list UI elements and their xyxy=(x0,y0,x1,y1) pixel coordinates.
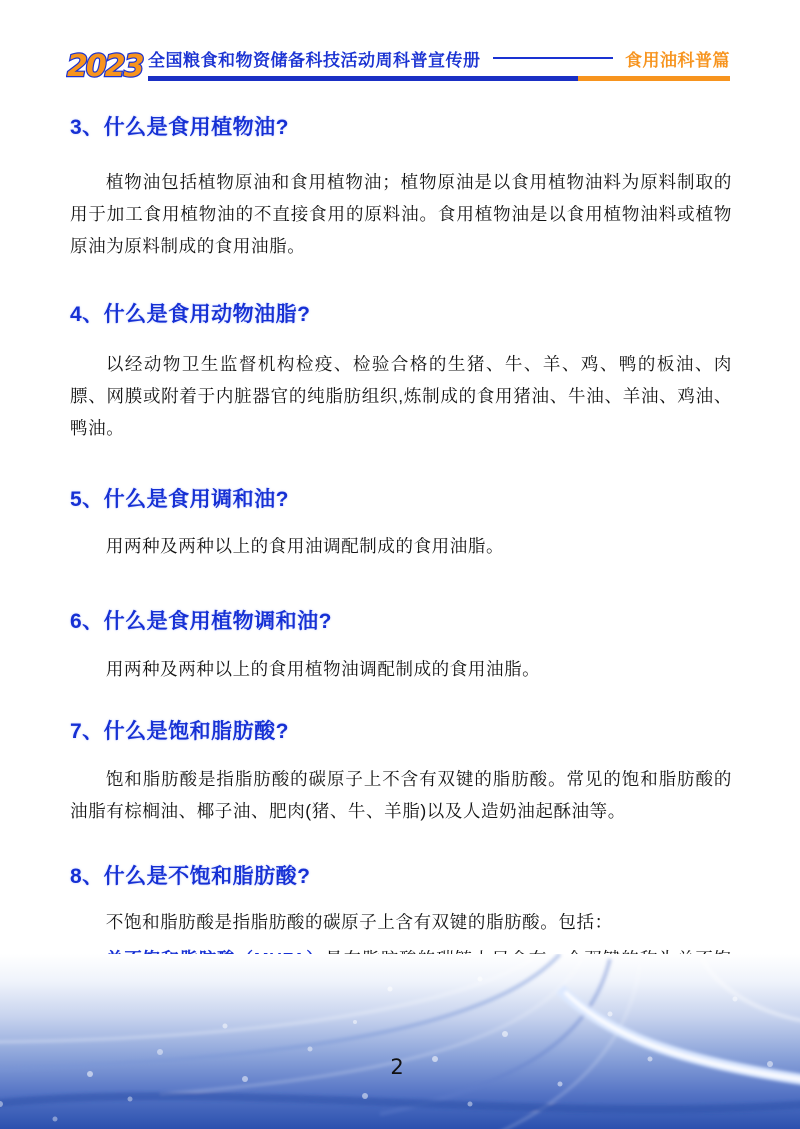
section-heading: 8、什么是不饱和脂肪酸? xyxy=(70,863,732,891)
booklet-title: 全国粮食和物资储备科技活动周科普宣传册 xyxy=(148,46,481,71)
section-4: 4、什么是食用动物油脂? 以经动物卫生监督机构检疫、检验合格的生猪、牛、羊、鸡、… xyxy=(70,301,732,444)
section-6: 6、什么是食用植物调和油? 用两种及两种以上的食用植物油调配制成的食用油脂。 xyxy=(70,608,732,685)
section-heading: 3、什么是食用植物油? xyxy=(70,114,732,142)
section-paragraph: 用两种及两种以上的食用油调配制成的食用油脂。 xyxy=(70,530,732,562)
section-5: 5、什么是食用调和油? 用两种及两种以上的食用油调配制成的食用油脂。 xyxy=(70,486,732,562)
page-header: 2023 全国粮食和物资储备科技活动周科普宣传册 食用油科普篇 xyxy=(66,40,730,86)
header-underline-bars xyxy=(148,76,730,81)
header-rule-line xyxy=(493,57,614,59)
section-heading: 4、什么是食用动物油脂? xyxy=(70,301,732,329)
section-paragraph: 不饱和脂肪酸是指脂肪酸的碳原子上含有双键的脂肪酸。包括： xyxy=(70,906,732,938)
page-number: 2 xyxy=(0,1055,794,1079)
footer-wave-decoration xyxy=(0,954,800,1129)
section-paragraph: 以经动物卫生监督机构检疫、检验合格的生猪、牛、羊、鸡、鸭的板油、肉膘、网膜或附着… xyxy=(70,348,732,444)
header-right: 全国粮食和物资储备科技活动周科普宣传册 食用油科普篇 xyxy=(148,46,730,81)
section-heading: 7、什么是饱和脂肪酸? xyxy=(70,718,732,746)
section-heading: 6、什么是食用植物调和油? xyxy=(70,608,732,636)
section-7: 7、什么是饱和脂肪酸? 饱和脂肪酸是指脂肪酸的碳原子上不含有双键的脂肪酸。常见的… xyxy=(70,718,732,827)
year-2023-text: 2023 xyxy=(67,49,144,84)
booklet-page: 2023 全国粮食和物资储备科技活动周科普宣传册 食用油科普篇 3、什么是食用植… xyxy=(0,0,800,1129)
section-paragraph: 用两种及两种以上的食用植物油调配制成的食用油脂。 xyxy=(70,653,732,685)
year-2023-logo: 2023 xyxy=(66,40,144,86)
section-heading: 5、什么是食用调和油? xyxy=(70,486,732,514)
section-paragraph: 植物油包括植物原油和食用植物油；植物原油是以食用植物油料为原料制取的用于加工食用… xyxy=(70,166,732,262)
section-3: 3、什么是食用植物油? 植物油包括植物原油和食用植物油；植物原油是以食用植物油料… xyxy=(70,114,732,262)
page-content: 3、什么是食用植物油? 植物油包括植物原油和食用植物油；植物原油是以食用植物油料… xyxy=(0,114,800,1007)
header-title-row: 全国粮食和物资储备科技活动周科普宣传册 食用油科普篇 xyxy=(148,46,730,71)
edition-label: 食用油科普篇 xyxy=(625,46,730,71)
section-paragraph: 饱和脂肪酸是指脂肪酸的碳原子上不含有双键的脂肪酸。常见的饱和脂肪酸的油脂有棕榈油… xyxy=(70,763,732,827)
header-bar-blue xyxy=(148,76,578,81)
header-bar-orange xyxy=(578,76,730,81)
